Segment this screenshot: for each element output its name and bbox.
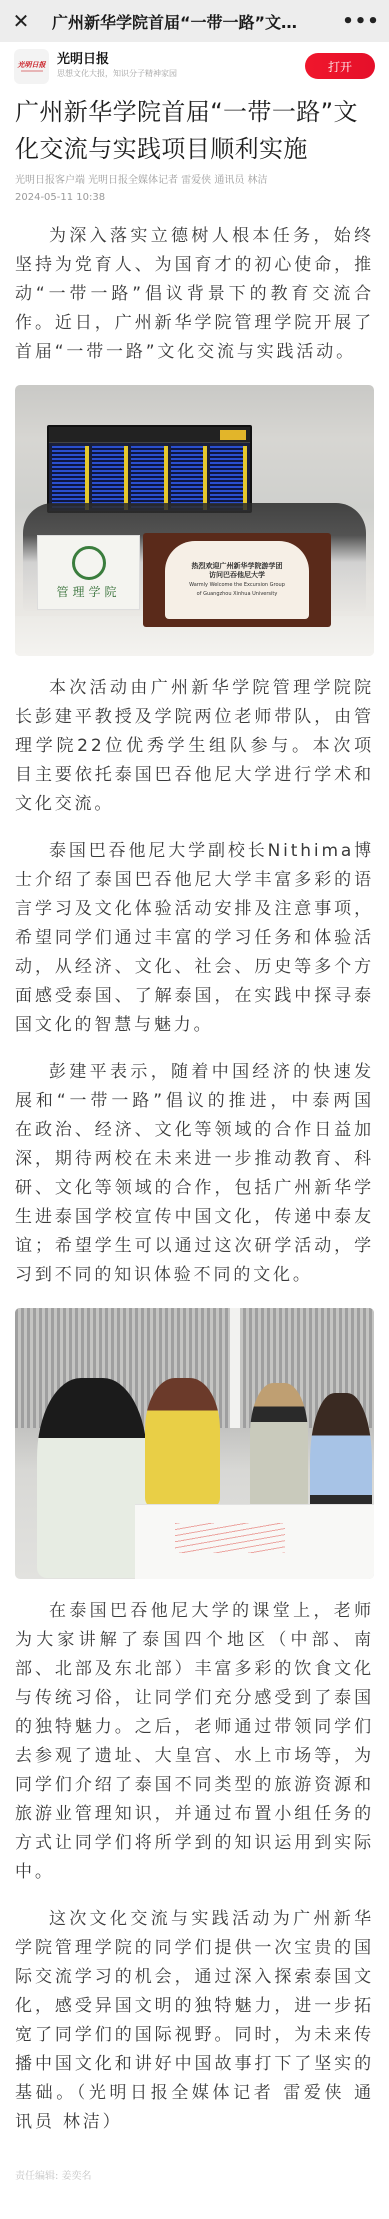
- paragraph: 为深入落实立德树人根本任务，始终坚持为党育人、为国育才的初心使命，推动“一带一路…: [15, 222, 374, 367]
- welcome-banner: 热烈欢迎广州新华学院游学团 访问巴吞他尼大学 Warmly Welcome th…: [143, 533, 331, 627]
- paragraph: 在泰国巴吞他尼大学的课堂上，老师为大家讲解了泰国四个地区（中部、南部、北部及东北…: [15, 1597, 374, 1887]
- logo-underline: [21, 70, 43, 72]
- article-byline: 光明日报全媒体记者 雷爱侠 通讯员 林洁: [88, 175, 268, 186]
- logo-text: 光明日报: [18, 61, 46, 68]
- article-source: 光明日报客户端: [15, 175, 85, 186]
- more-menu-icon[interactable]: •••: [333, 0, 389, 42]
- article-datetime: 2024-05-11 10:38: [15, 189, 374, 206]
- paragraph: 泰国巴吞他尼大学副校长Nithima博士介绍了泰国巴吞他尼大学丰富多彩的语言学习…: [15, 837, 374, 1040]
- app-slogan: 思想文化大报，知识分子精神家园: [57, 68, 305, 80]
- page-title: 广州新华学院首届“一带一路”文…: [42, 10, 333, 33]
- app-info: 光明日报 思想文化大报，知识分子精神家园: [57, 52, 305, 80]
- open-app-button[interactable]: 打开: [305, 53, 375, 79]
- article: 广州新华学院首届“一带一路”文化交流与实践项目顺利实施 光明日报客户端光明日报全…: [0, 94, 389, 2219]
- responsible-editor: 责任编辑: 姜奕名: [15, 2167, 374, 2219]
- photo-airport-group[interactable]: 管理学院 热烈欢迎广州新华学院游学团 访问巴吞他尼大学 Warmly Welco…: [15, 385, 374, 656]
- paragraph: 这次文化交流与实践活动为广州新华学院管理学院的同学们提供一次宝贵的国际交流学习的…: [15, 1905, 374, 2137]
- browser-topbar: ✕ 广州新华学院首届“一带一路”文… •••: [0, 0, 389, 42]
- paragraph: 本次活动由广州新华学院管理学院院长彭建平教授及学院两位老师带队，由管理学院22位…: [15, 674, 374, 819]
- close-icon[interactable]: ✕: [0, 0, 42, 42]
- article-meta: 光明日报客户端光明日报全媒体记者 雷爱侠 通讯员 林洁 2024-05-11 1…: [15, 172, 374, 206]
- app-promo-bar: 光明日报 光明日报 思想文化大报，知识分子精神家园 打开: [0, 42, 389, 90]
- school-banner: 管理学院: [37, 535, 140, 610]
- app-logo: 光明日报: [14, 49, 49, 84]
- departures-board: [47, 425, 252, 513]
- paragraph: 彭建平表示，随着中国经济的快速发展和“一带一路”倡议的推进，中泰两国在政治、经济…: [15, 1058, 374, 1290]
- poster-table: [135, 1504, 374, 1579]
- photo-classroom[interactable]: [15, 1308, 374, 1579]
- article-headline: 广州新华学院首届“一带一路”文化交流与实践项目顺利实施: [15, 94, 374, 168]
- app-name: 光明日报: [57, 52, 305, 68]
- school-seal-icon: [72, 546, 106, 580]
